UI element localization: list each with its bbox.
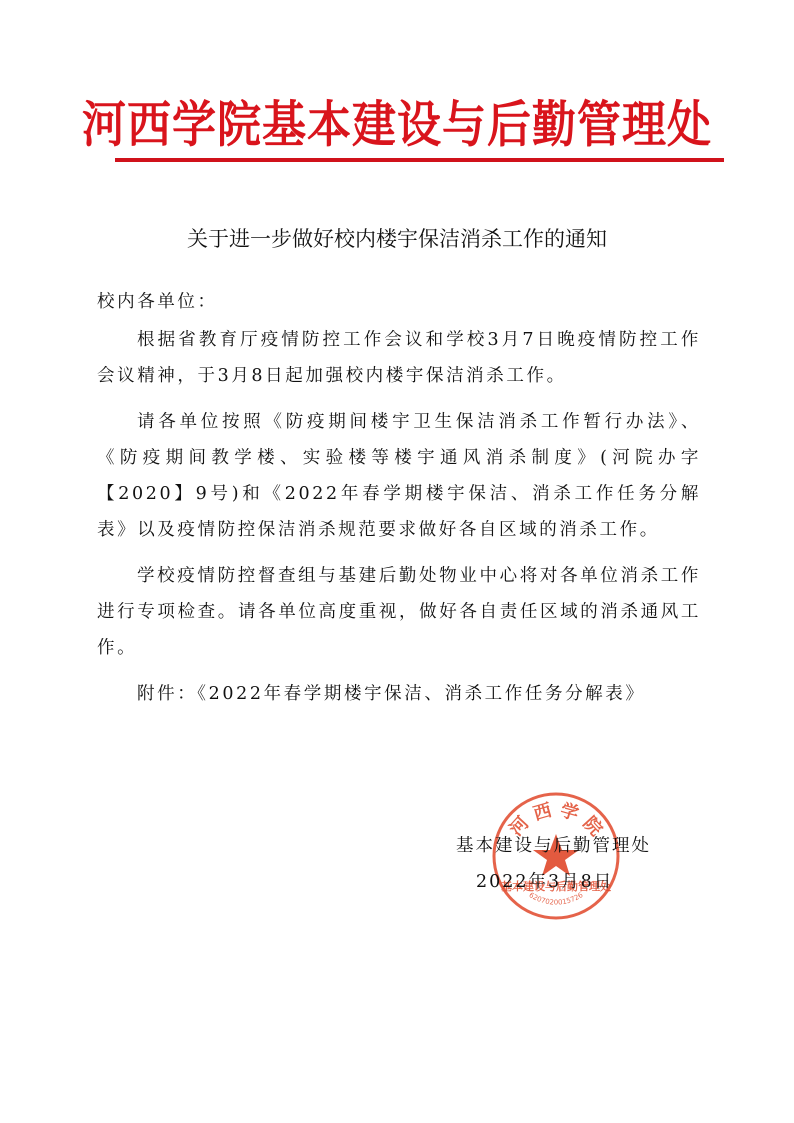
signature-date: 2022年3月8日 — [456, 864, 651, 900]
signature-block: 基本建设与后勤管理处 2022年3月8日 — [456, 828, 651, 900]
signature-department: 基本建设与后勤管理处 — [456, 828, 651, 864]
document-body: 根据省教育厅疫情防控工作会议和学校3月7日晚疫情防控工作会议精神，于3月8日起加… — [97, 322, 701, 722]
paragraph-3: 学校疫情防控督查组与基建后勤处物业中心将对各单位消杀工作进行专项检查。请各单位高… — [97, 558, 701, 666]
salutation: 校内各单位： — [97, 284, 701, 320]
attachment-line: 附件：《2022年春学期楼宇保洁、消杀工作任务分解表》 — [97, 676, 701, 712]
paragraph-1: 根据省教育厅疫情防控工作会议和学校3月7日晚疫情防控工作会议精神，于3月8日起加… — [97, 322, 701, 394]
masthead-title: 河西学院基本建设与后勤管理处 — [0, 84, 794, 156]
document-title: 关于进一步做好校内楼宇保洁消杀工作的通知 — [0, 223, 794, 253]
paragraph-2: 请各单位按照《防疫期间楼宇卫生保洁消杀工作暂行办法》、《防疫期间教学楼、实验楼等… — [97, 404, 701, 548]
header-divider — [115, 158, 724, 162]
